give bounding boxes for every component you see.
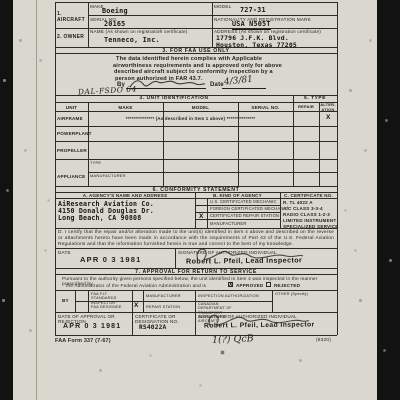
footer-handwritten: 1(?) QcB <box>212 333 254 345</box>
kind-manufacturer: MANUFACTURER <box>210 222 247 227</box>
conformity-col-b-header: B. KIND OF AGENCY <box>195 193 280 198</box>
grid-line <box>55 111 337 112</box>
footer-code: (8320) <box>316 338 331 344</box>
approval-bar: 7. APPROVAL FOR RETURN TO SERVICE <box>55 269 337 275</box>
grid-line <box>132 290 133 335</box>
scan-strip-noise <box>0 0 1 1</box>
type-header: 5. TYPE <box>293 96 337 101</box>
faa-use-bar: 3. FOR FAA USE ONLY <box>55 48 337 54</box>
grid-line <box>55 102 337 103</box>
owner-name-value: Tenneco, Inc. <box>104 36 160 44</box>
row-airframe-label: AIRFRAME <box>57 116 83 121</box>
certificate-number: R. TL 4022 A <box>283 200 313 205</box>
grid-line <box>88 102 89 186</box>
rejected-label: REJECTED <box>274 283 300 288</box>
kind-repair-station: CERTIFICATED REPAIR STATION <box>210 214 279 219</box>
certificate-ac-class: A/C CLASS 3-3-4 <box>283 206 323 211</box>
rejected-checkbox <box>266 282 271 287</box>
cell-repair-station: REPAIR STATION <box>146 305 180 309</box>
airframe-alteration-xmark: X <box>326 114 330 121</box>
grid-line <box>55 141 337 142</box>
page-crease <box>36 0 37 400</box>
date-underline <box>222 88 266 89</box>
repair-station-xmark: X <box>134 302 138 309</box>
unit-id-header: 4. UNIT IDENTIFICATION <box>55 96 293 101</box>
col-alteration: ALTER- ATION <box>319 103 337 112</box>
aircraft-make-value: Boeing <box>102 7 128 15</box>
conformity-col-a-header: A. AGENCY'S NAME AND ADDRESS <box>55 193 195 198</box>
approval-by-label: BY <box>62 298 69 303</box>
aircraft-section-label: 1. AIRCRAFT <box>57 11 87 23</box>
aircraft-serial-value: 20165 <box>104 20 125 28</box>
grid-line <box>75 290 76 312</box>
approval-date-stamp: APR 0 3 1981 <box>63 323 121 330</box>
appliance-mfr-label: MANUFACTURER <box>90 174 126 179</box>
grid-line <box>195 290 196 335</box>
row-appliance-label: APPLIANCE <box>57 174 85 179</box>
signature-underline <box>126 88 206 89</box>
conformity-signature-overlay <box>190 244 305 266</box>
approved-label: APPROVED <box>236 283 263 288</box>
grid-line <box>163 102 164 186</box>
grid-line <box>88 2 89 47</box>
owner-section-label: 2. OWNER <box>57 34 87 40</box>
grid-line <box>212 2 213 47</box>
grid-line <box>319 102 320 186</box>
conformity-col-c-header: C. CERTIFICATE NO. <box>280 193 337 198</box>
aircraft-model-value: 727-31 <box>240 6 266 14</box>
approval-statement-line2: the Administrator of the Federal Aviatio… <box>66 283 206 288</box>
airframe-span-text: *************** (As described in Item 1 … <box>88 116 293 121</box>
certificate-limited-instrument: LIMITED INSTRUMENT <box>283 218 336 223</box>
conformity-date-stamp: APR 0 3 1981 <box>80 255 142 264</box>
approval-signature-overlay <box>200 308 310 332</box>
kind-repair-station-xmark: X <box>199 213 203 220</box>
cell-other-specify: OTHER (Specify) <box>275 292 308 296</box>
approval-cert-no-value: RS4022A <box>139 324 166 331</box>
grid-line <box>55 126 337 127</box>
conformity-date-label: DATE <box>58 250 71 255</box>
row-powerplant-label: POWERPLANT <box>57 131 92 136</box>
scan-edge-left <box>0 0 13 400</box>
scanned-faa-form-337-page: 1. AIRCRAFT MAKE Boeing MODEL 727-31 SER… <box>0 0 400 400</box>
cell-faa-designee: FAA DESIGNEE <box>91 305 122 309</box>
cell-manufacturer: MANUFACTURER <box>146 294 181 298</box>
grid-line <box>238 102 239 186</box>
col-unit: UNIT <box>55 105 88 110</box>
grid-line <box>175 248 176 268</box>
kind-foreign-mechanic: FOREIGN CERTIFICATED MECHANIC <box>210 207 288 212</box>
form-number: FAA Form 337 (7-67) <box>55 338 111 344</box>
grid-line <box>88 290 89 312</box>
agency-address2: Long Beach, CA 90808 <box>58 214 141 222</box>
grid-line <box>55 335 337 336</box>
cell-inspection-authorization: INSPECTION AUTHORIZATION <box>198 294 259 298</box>
approval-cert-no-label: CERTIFICATE OR DESIGNATION NO. <box>135 314 185 325</box>
appliance-type-label: TYPE <box>90 161 101 166</box>
row-propeller-label: PROPELLER <box>57 148 87 153</box>
col-serial: SERIAL NO. <box>238 105 293 110</box>
scan-edge-right <box>377 0 400 400</box>
certificate-specialized-service: SPECIALIZED SERVICE <box>283 224 339 229</box>
owner-name-label: NAME (As shown on registration certifica… <box>90 29 208 34</box>
approved-checkbox: X <box>228 282 233 287</box>
faa-date-handwritten: 4/3/81 <box>224 75 254 88</box>
col-repair: REPAIR <box>293 105 319 110</box>
conformity-bar: 6. CONFORMITY STATEMENT <box>55 187 337 193</box>
col-make: MAKE <box>88 105 163 110</box>
certificate-radio-class: RADIO CLASS 1-2-3 <box>283 212 330 217</box>
grid-line <box>337 2 338 335</box>
col-model: MODEL <box>163 105 238 110</box>
grid-line <box>143 290 144 312</box>
aircraft-model-label: MODEL <box>214 4 231 9</box>
kind-us-mechanic: U.S. CERTIFICATED MECHANIC <box>210 200 277 205</box>
grid-line <box>207 198 208 228</box>
